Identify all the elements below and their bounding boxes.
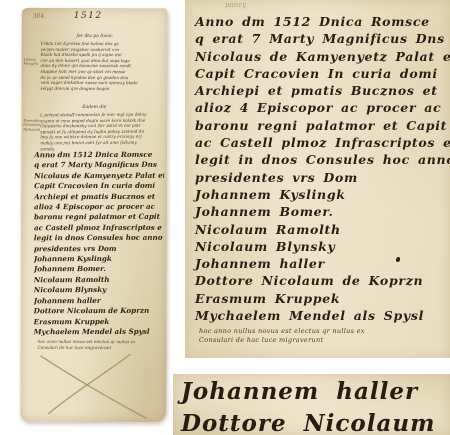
entry-line: legit in dnos Consules hoc anno: [195, 151, 450, 168]
entry-note-line: Consulari de hac luce migraverunt: [38, 344, 162, 350]
entry-line: Dottore Nicolaum de Koprzn: [34, 306, 164, 317]
faded-header-text: pancy: [225, 1, 246, 9]
entry-line: Nicolaus de Kamyenyetz Palat et: [195, 48, 450, 65]
entry-line: Nicolaum Blynsky: [34, 285, 164, 296]
entry-line: Johannem Kyslingk: [195, 186, 450, 203]
entry-line: Mychaelem Mendel als Spysl: [195, 307, 450, 324]
entry-line: Capit Cracovien In curia domi: [34, 181, 164, 192]
entry-line: Erasmum Kruppek: [195, 290, 450, 307]
consules-entry-text: Anno dm 1512 Dnica Romsceq erat 7 Marty …: [34, 150, 165, 338]
name-line: Johannem haller: [181, 376, 450, 408]
folio-number: 304.: [33, 13, 46, 20]
cancellation-x-mark: [34, 352, 154, 422]
entry-line: presidentes vrs Dom: [34, 243, 164, 254]
margin-note-line: Mragris: [24, 62, 41, 66]
entry-line: Johannem haller: [34, 295, 164, 306]
entry-line: q erat 7 Marty Magnificus Dns: [195, 30, 450, 47]
entry-line: baronu regni palatmor et Capit: [34, 212, 164, 223]
margin-note-2: ExemptioOctanataBirkowsky: [23, 119, 40, 132]
consules-entry-note-enlarged: hoc anno nullus novus est electus qr nul…: [199, 327, 450, 344]
entry-note-line: Consulari de hac luce migraverunt: [199, 336, 450, 345]
entry-line: ac Castell plmoz Infrascriptos e: [195, 134, 450, 151]
paragraph-2: L pchant stoksff commonlan fe mer mgl zg…: [40, 112, 152, 152]
entry-heading-2: Eadem die: [21, 105, 167, 111]
paragraph-line: selygt dmrvm qre dmgme begen: [40, 86, 152, 92]
entry-line: Anno dm 1512 Dnica Romsce: [195, 13, 450, 30]
paragraph-1: Vrbila Imi Egresso fine kalma dns qzzerp…: [40, 41, 152, 92]
names-closeup: Johannem hallerDottore Nicolaum d: [181, 376, 450, 435]
entry-note-line: hoc anno nullus novus est electus qr nul…: [199, 327, 450, 336]
consules-entry-note: hoc anno nullus novus est electus qr nul…: [38, 339, 162, 351]
entry-line: Johannem Bomer.: [195, 203, 450, 220]
name-line: Dottore Nicolaum d: [181, 408, 450, 435]
entry-heading-1: fer 4ta po Invoc: [22, 34, 168, 40]
entry-line: Dottore Nicolaum de Koprzn: [195, 272, 450, 289]
consules-entry-enlarged: Anno dm 1512 Dnica Romsceq erat 7 Marty …: [195, 13, 450, 324]
margin-note-1: LitteraMragris: [24, 58, 41, 67]
entry-line: Nicolaum Ramolth: [195, 221, 450, 238]
entry-line: presidentes vrs Dom: [195, 169, 450, 186]
entry-line: Nicolaum Blynsky: [195, 238, 450, 255]
manuscript-composite-image: { "page": { "folio_number": "304.", "yea…: [0, 0, 450, 435]
entry-line: Johannem haller: [195, 255, 450, 272]
entry-line: Johannem Bomer.: [34, 264, 164, 275]
entry-line: q erat 7 Marty Magnificus Dns: [34, 160, 164, 171]
entry-line: Erasmum Kruppek: [34, 316, 164, 327]
entry-line: legit in dnos Consules hoc anno: [34, 233, 164, 244]
entry-line: Archiepi et pmatis Bucznos et: [195, 82, 450, 99]
margin-note-line: Birkowsky: [23, 128, 40, 132]
entry-line: baronu regni palatmor et Capit: [195, 117, 450, 134]
year-heading: 1512: [74, 11, 103, 21]
paragraph-line: makly ane jmt bmtnl esht fyr alt ame fol…: [40, 140, 152, 146]
entry-line: Mychaelem Mendel als Spysl: [34, 327, 164, 338]
entry-line: Nicolaus de Kamyenyetz Palat et: [34, 171, 164, 182]
entry-line: Archiepi et pmatis Bucznos et: [34, 191, 164, 202]
entry-line: alioz 4 Episcopor ac procer ac: [195, 99, 450, 116]
entry-line: Capit Cracovien In curia domi: [195, 65, 450, 82]
detail-crop-names: Johannem hallerDottore Nicolaum d: [173, 374, 450, 435]
detail-crop-entry: pancy Anno dm 1512 Dnica Romsceq erat 7 …: [185, 0, 450, 358]
manuscript-page: 304. 1512 fer 4ta po Invoc Vrbila Imi Eg…: [20, 8, 167, 423]
